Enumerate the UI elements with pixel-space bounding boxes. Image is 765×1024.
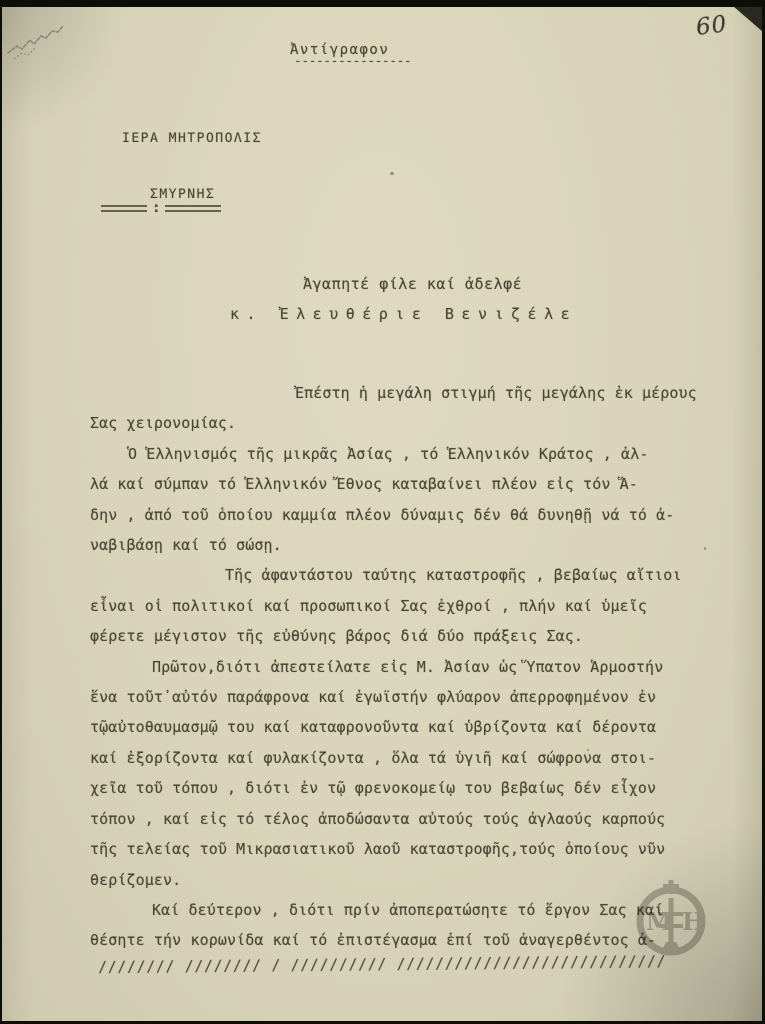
body-line: ναβιβάσῃ καί τό σώσῃ.: [90, 530, 702, 560]
body-line: Καί δεύτερον , διότι πρίν ἀποπερατώσητε …: [90, 895, 702, 925]
archive-stamp-watermark: Μ Η: [632, 880, 710, 960]
letterhead-rule-right: [165, 205, 221, 212]
body-line: Πρῶτον,διότι ἀπεστείλατε εἰς Μ. Ἀσίαν ὡς…: [90, 652, 702, 682]
salutation-line-2: κ. Ἐλευθέριε Βενιζέλε: [230, 305, 577, 323]
body-line: φέρετε μέγιστον τῆς εὐθύνης βάρος διά δύ…: [90, 621, 702, 651]
body-line: τόπον , καί εἰς τό τέλος ἀποδώσαντα αὐτο…: [90, 804, 702, 834]
pencil-scribble-mark: [4, 9, 99, 69]
body-line: Ἐπέστη ἡ μεγάλη στιγμή τῆς μεγάλης ἐκ μέ…: [90, 378, 702, 408]
copy-heading-underline: ----------------: [294, 54, 411, 69]
body-line: Ὁ Ἑλληνισμός τῆς μικρᾶς Ἀσίας , τό Ἑλλην…: [90, 439, 702, 469]
body-line: χεῖα τοῦ τόπου , διότι ἐν τῷ φρενοκομείῳ…: [90, 773, 702, 803]
watermark-letter-m: Μ: [646, 907, 673, 936]
paper-sheet: 60 Ἀντίγραφον ---------------- ΙΕΡΑ ΜΗΤΡ…: [2, 7, 762, 1021]
body-line: Τῆς ἀφαντάστου ταύτης καταστροφῆς , βεβα…: [90, 560, 702, 590]
salutation-line-1: Ἀγαπητέ φίλε καί ἀδελφέ: [303, 275, 522, 293]
body-line: τῆς τελείας τοῦ Μικρασιατικοῦ λαοῦ κατασ…: [90, 834, 702, 864]
body-line: λά καί σύμπαν τό Ἑλληνικόν Ἔθνος καταβαί…: [90, 469, 702, 499]
scan-speck: [704, 547, 706, 550]
letterhead-organization: ΙΕΡΑ ΜΗΤΡΟΠΟΛΙΣ: [122, 131, 262, 146]
body-line: τῷαὐτοθαυμασμῷ του καί καταφρονοῦντα καί…: [90, 712, 702, 742]
letterhead-rule-colon: :: [152, 205, 160, 212]
body-line: ἕνα τοῦτ᾽αὐτόν παράφρονα καί ἐγωϊστήν φλ…: [90, 682, 702, 712]
scan-speck: [390, 172, 394, 175]
body-line: εἶναι οἱ πολιτικοί καί προσωπικοί Σας ἐχ…: [90, 591, 702, 621]
letterhead-rule: :: [101, 205, 221, 212]
body-text: Ἐπέστη ἡ μεγάλη στιγμή τῆς μεγάλης ἐκ μέ…: [90, 378, 702, 956]
watermark-letter-h: Η: [682, 907, 705, 936]
letterhead-rule-left: [101, 205, 147, 212]
body-line: δην , ἀπό τοῦ ὁποίου καμμία πλέον δύναμι…: [90, 500, 702, 530]
handwritten-page-number: 60: [695, 11, 729, 41]
scan-speck: [587, 749, 589, 751]
body-line: θερίζομεν.: [90, 865, 702, 895]
body-line: Σας χειρονομίας.: [90, 408, 702, 438]
body-line: καί ἐξορίζοντα καί φυλακίζοντα , ὅλα τά …: [90, 743, 702, 773]
scanned-letter-page: { "scan": { "corner_number": "60" }, "he…: [0, 0, 765, 1024]
body-line: θέσητε τήν κορωνίδα καί τό ἐπιστέγασμα ἐ…: [90, 925, 702, 955]
